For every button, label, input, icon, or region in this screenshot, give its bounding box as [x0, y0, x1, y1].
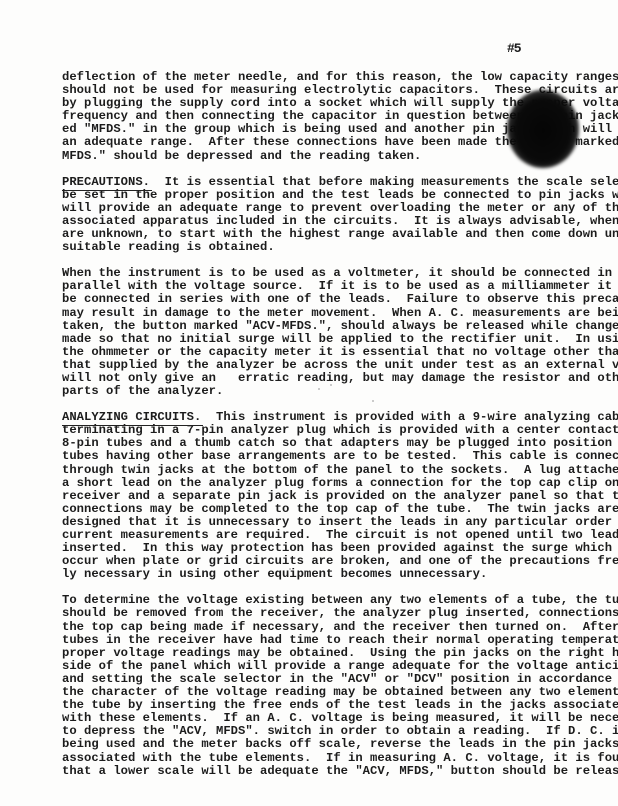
text-line: should be removed from the receiver, the…	[62, 607, 602, 620]
paper-speck	[330, 384, 332, 386]
text-line: ly necessary in using other equipment be…	[62, 568, 602, 581]
text-line: may result in damage to the meter moveme…	[62, 307, 602, 320]
text-line: tubes having other base arrangements are…	[62, 450, 602, 463]
heading-line-text: This instrument is provided with a 9-wir…	[201, 410, 618, 424]
text-line: suitable reading is obtained.	[62, 241, 602, 254]
text-line: side of the panel which will provide a r…	[62, 660, 602, 673]
paper-speck	[372, 400, 374, 402]
text-line: PRECAUTIONS. It is essential that before…	[62, 176, 602, 189]
text-line: the ohmmeter or the capacity meter it is…	[62, 346, 602, 359]
page-number: #5	[507, 41, 521, 56]
section-heading: PRECAUTIONS.	[62, 176, 150, 189]
text-line: that supplied by the analyzer be across …	[62, 359, 602, 372]
paper-speck	[289, 568, 291, 570]
document-page: #5 deflection of the meter needle, and f…	[0, 0, 618, 806]
text-line: be connected in series with one of the l…	[62, 293, 602, 306]
text-line: made so that no initial surge will be ap…	[62, 333, 602, 346]
text-line: a short lead on the analyzer plug forms …	[62, 477, 602, 490]
text-line: proper voltage readings may be obtained.…	[62, 647, 602, 660]
text-line: parts of the analyzer.	[62, 385, 602, 398]
paragraph: To determine the voltage existing betwee…	[62, 594, 602, 777]
paragraph: PRECAUTIONS. It is essential that before…	[62, 176, 602, 255]
text-line: that a lower scale will be adequate the …	[62, 765, 602, 778]
paragraph: When the instrument is to be used as a v…	[62, 267, 602, 398]
document-body: deflection of the meter needle, and for …	[62, 71, 602, 791]
text-line: through twin jacks at the bottom of the …	[62, 464, 602, 477]
section-heading: ANALYZING CIRCUITS.	[62, 411, 201, 424]
text-line: associated with the tube elements. If in…	[62, 752, 602, 765]
text-line: the top cap being made if necessary, and…	[62, 621, 602, 634]
paper-speck	[318, 388, 320, 390]
text-line: receiver and a separate pin jack is prov…	[62, 490, 602, 503]
text-line: tubes in the receiver have had time to r…	[62, 634, 602, 647]
heading-line-text: It is essential that before making measu…	[150, 175, 618, 189]
ink-blot	[507, 90, 579, 168]
paragraph: ANALYZING CIRCUITS. This instrument is p…	[62, 411, 602, 581]
text-line: will provide an adequate range to preven…	[62, 202, 602, 215]
text-line: connections may be completed to the top …	[62, 503, 602, 516]
text-line: taken, the button marked "ACV-MFDS.", sh…	[62, 320, 602, 333]
text-line: being used and the meter backs off scale…	[62, 738, 602, 751]
